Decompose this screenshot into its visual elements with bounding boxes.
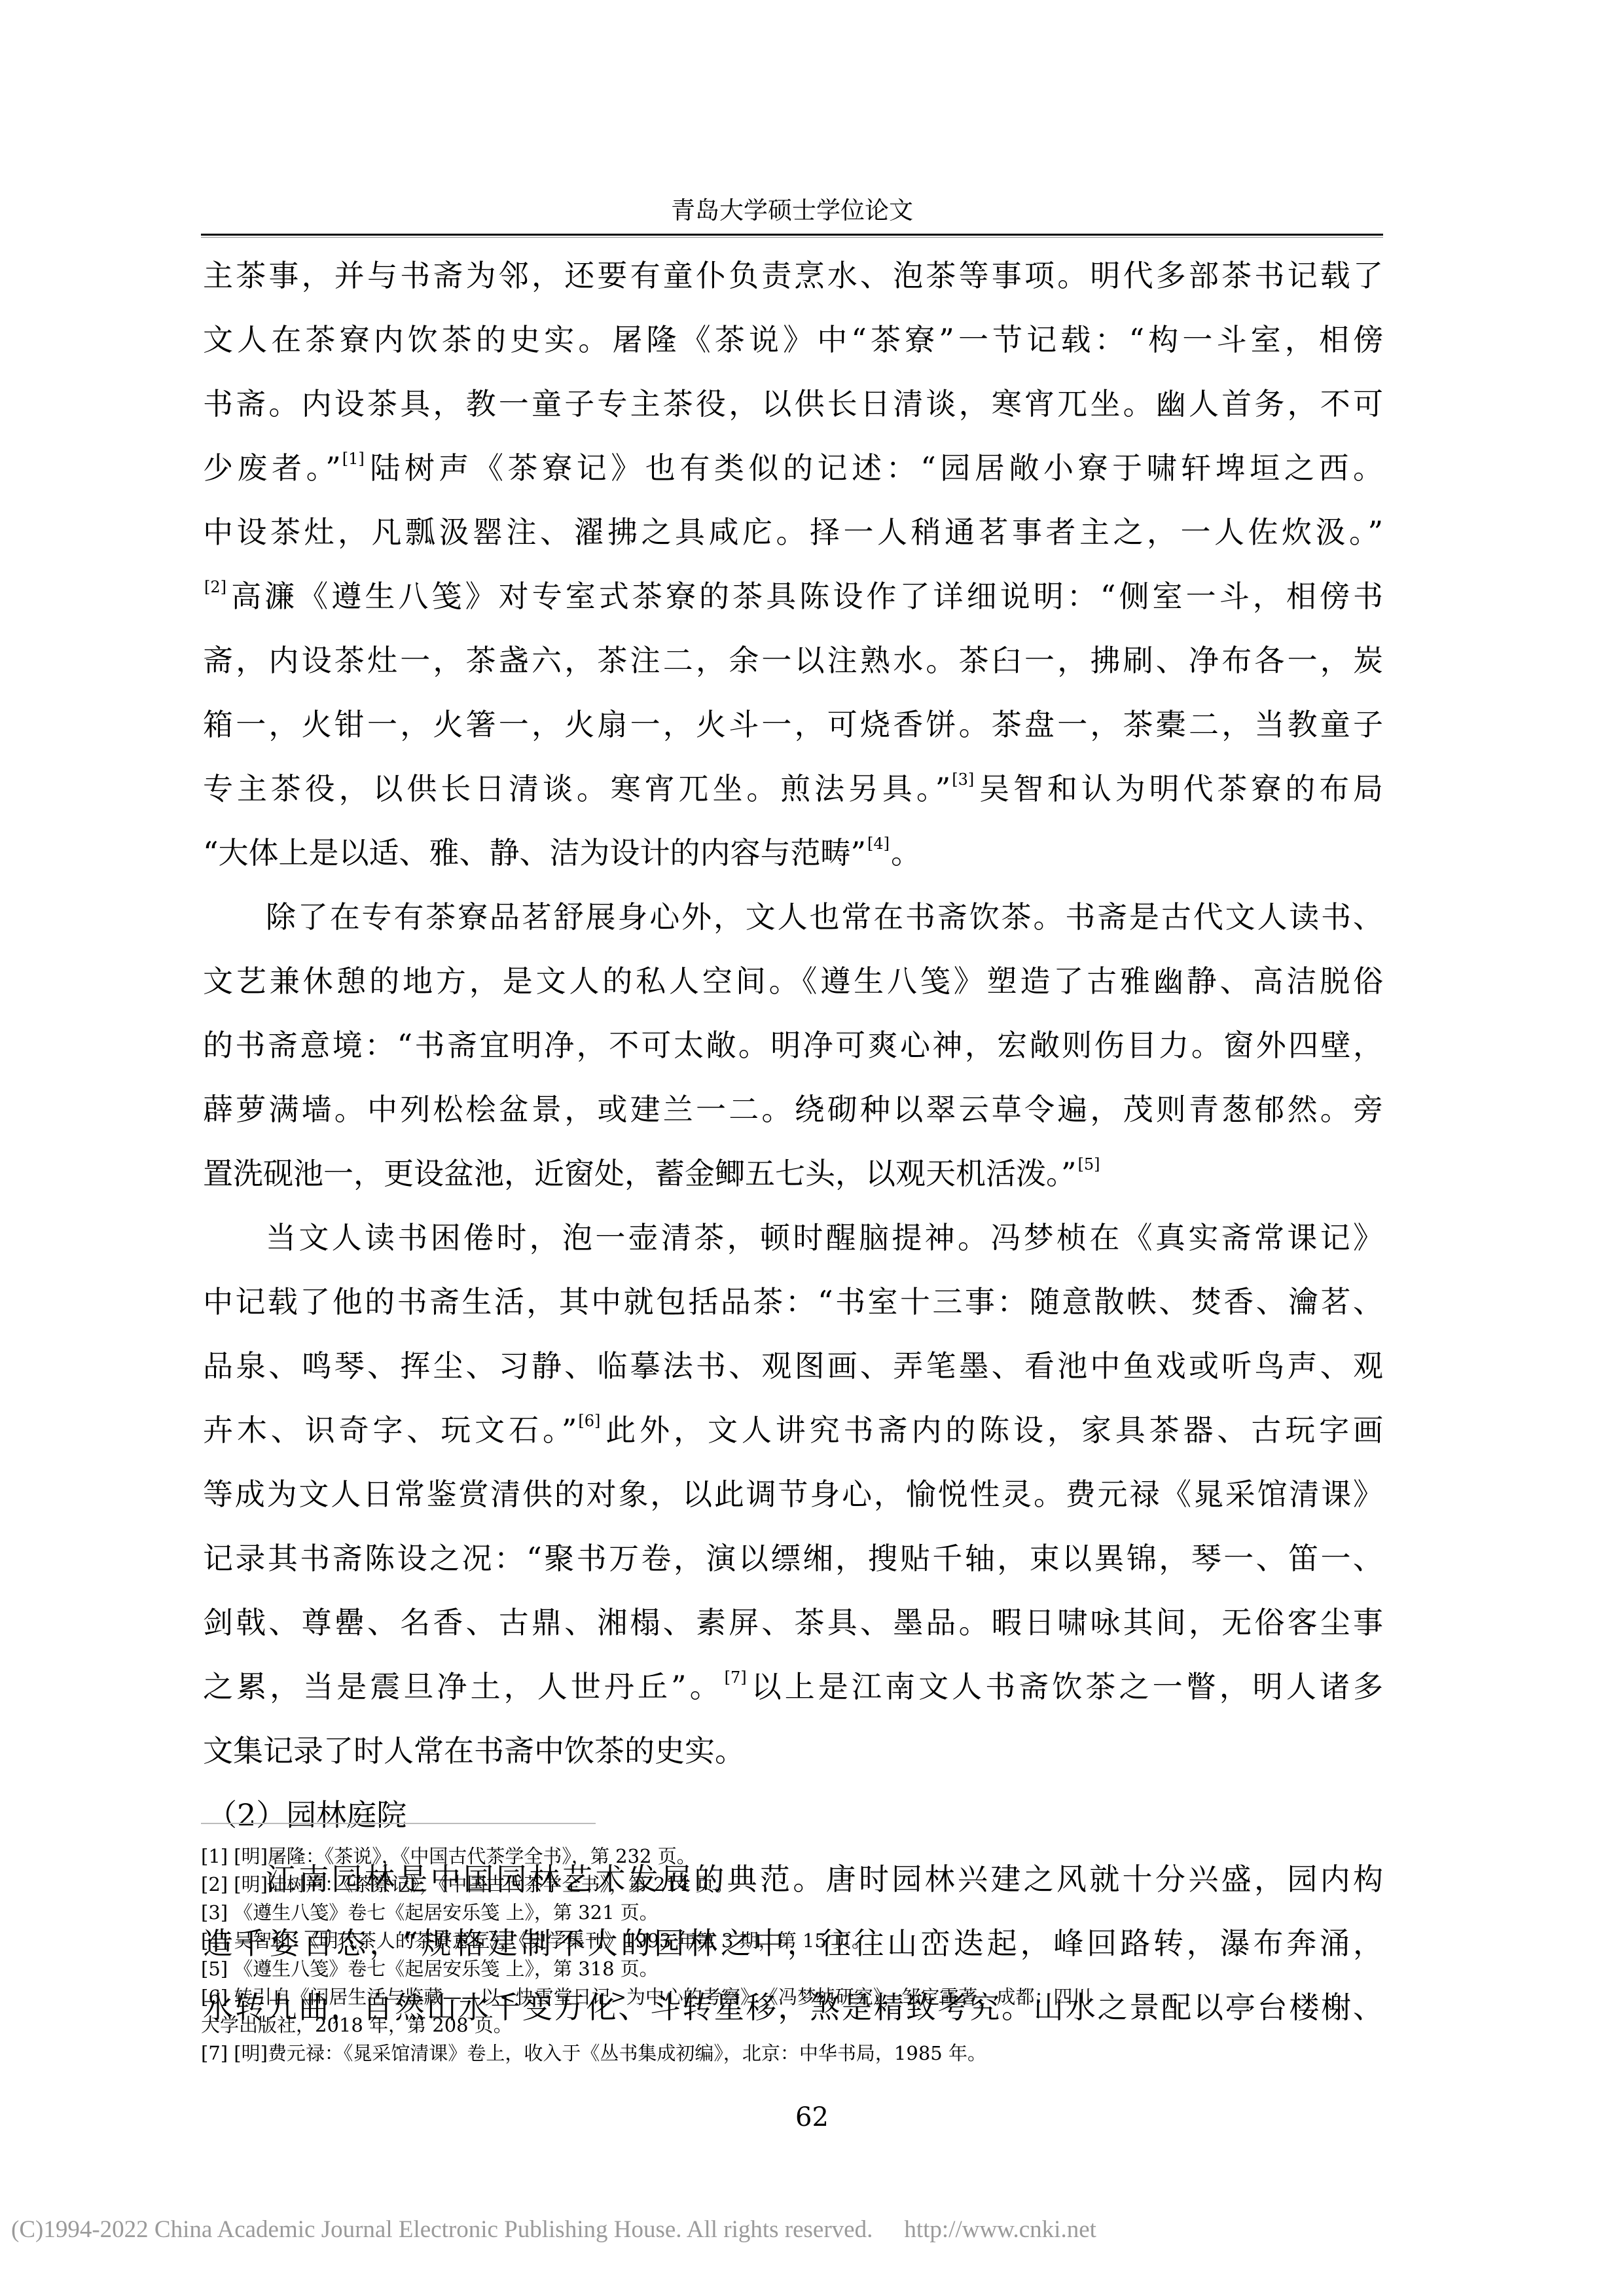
line-text: 专主茶役，以供长日清谈。寒宵兀坐。煎法另具。” (203, 771, 950, 806)
document-page: 青岛大学硕士学位论文 主茶事，并与书斋为邻，还要有童仆负责烹水、泡茶等事项。明代… (0, 0, 1624, 2296)
body-line: 置洗砚池一，更设盆池，近窗处，蓄金鲫五七头，以观天机活泼。”[5] (203, 1141, 1383, 1206)
line-text: 卉木、识奇字、玩文石。” (203, 1412, 577, 1448)
footnote-item: [5] 《遵生八笺》卷七《起居安乐笺 上》，第 318 页。 (201, 1955, 1383, 1983)
copyright-text: (C)1994-2022 China Academic Journal Elec… (11, 2216, 873, 2243)
body-line: 文集记录了时人常在书斋中饮茶的史实。 (203, 1719, 1383, 1783)
footnote-item: [2] [明]陆树声：《茶寮记》，《中国古代茶学全书》，第 214 页。 (201, 1871, 1383, 1899)
footnote-reference[interactable]: [5] (1078, 1155, 1100, 1174)
line-text: 此外，文人讲究书斋内的陈设，家具茶器、古玩字画 (602, 1412, 1383, 1448)
body-line: 薜萝满墙。中列松桧盆景，或建兰一二。绕砌种以翠云草令遍，茂则青葱郁然。旁 (203, 1077, 1383, 1141)
section-heading: （2）园林庭院 (203, 1783, 1383, 1847)
footnote-reference[interactable]: [4] (867, 834, 890, 853)
body-line: 斋，内设茶灶一，茶盏六，茶注二，余一以注熟水。茶臼一，拂刷、净布各一，炭 (203, 628, 1383, 692)
body-line: 箱一，火钳一，火箸一，火扇一，火斗一，可烧香饼。茶盘一，茶橐二，当教童子 (203, 692, 1383, 757)
footnote-item: [4] 吴智和：《明代茶人的茶寮意匠》，《史学集刊》1993 年第 3 期，第 … (201, 1927, 1383, 1955)
footnote-item: [6] 转引自《闲居生活与鉴藏——以<快雪堂日记>为中心的考察》，《冯梦桢研究》… (201, 1983, 1383, 2011)
footnote-reference[interactable]: [1] (342, 450, 365, 468)
line-text: 置洗砚池一，更设盆池，近窗处，蓄金鲫五七头，以观天机活泼。” (203, 1156, 1077, 1191)
footnote-item: [7] [明]费元禄：《晁采馆清课》卷上，收入于《丛书集成初编》，北京：中华书局… (201, 2039, 1383, 2068)
body-line: 之累，当是震旦净土，人世丹丘”。[7]以上是江南文人书斋饮茶之一瞥，明人诸多 (203, 1655, 1383, 1719)
body-line: [2]高濂《遵生八笺》对专室式茶寮的茶具陈设作了详细说明：“侧室一斗，相傍书 (203, 564, 1383, 628)
header-rule (201, 234, 1383, 236)
body-line: 除了在专有茶寮品茗舒展身心外，文人也常在书斋饮茶。书斋是古代文人读书、 (203, 885, 1383, 949)
footnote-reference[interactable]: [2] (204, 578, 226, 596)
footnote-item: [3] 《遵生八笺》卷七《起居安乐笺 上》，第 321 页。 (201, 1899, 1383, 1927)
body-line: 中设茶灶，凡瓢汲罂注、濯拂之具咸庀。择一人稍通茗事者主之，一人佐炊汲。” (203, 500, 1383, 564)
body-line: 的书斋意境：“书斋宜明净，不可太敞。明净可爽心神，宏敞则伤目力。窗外四壁， (203, 1013, 1383, 1077)
footnote-item: 大学出版社，2018 年，第 208 页。 (201, 2011, 1383, 2039)
footnote-reference[interactable]: [7] (725, 1668, 747, 1687)
page-number: 62 (0, 2101, 1624, 2134)
footnote-reference[interactable]: [6] (578, 1412, 600, 1430)
body-line: 当文人读书困倦时，泡一壶清茶，顿时醒脑提神。冯梦桢在《真实斋常课记》 (203, 1206, 1383, 1270)
body-line: 等成为文人日常鉴赏清供的对象，以此调节身心，愉悦性灵。费元禄《晁采馆清课》 (203, 1462, 1383, 1526)
body-line: 剑戟、尊罍、名香、古鼎、湘榻、素屏、茶具、墨品。暇日啸咏其间，无俗客尘事 (203, 1590, 1383, 1655)
body-line: 中记载了他的书斋生活，其中就包括品茶：“书室十三事：随意散帙、焚香、瀹茗、 (203, 1270, 1383, 1334)
header-rule-thin (201, 237, 1383, 238)
body-line: 主茶事，并与书斋为邻，还要有童仆负责烹水、泡茶等事项。明代多部茶书记载了 (203, 243, 1383, 308)
footnotes: [1] [明]屠隆：《茶说》，《中国古代茶学全书》，第 232 页。[2] [明… (201, 1842, 1383, 2068)
body-line: 文人在茶寮内饮茶的史实。屠隆《茶说》中“茶寮”一节记载：“构一斗室，相傍 (203, 308, 1383, 372)
footnote-item: [1] [明]屠隆：《茶说》，《中国古代茶学全书》，第 232 页。 (201, 1842, 1383, 1871)
line-text: 陆树声《茶寮记》也有类似的记述：“园居敞小寮于啸轩埤垣之西。 (366, 450, 1383, 486)
line-text: 吴智和认为明代茶寮的布局 (975, 771, 1383, 806)
line-text: 少废者。” (203, 450, 341, 486)
body-line: 少废者。”[1]陆树声《茶寮记》也有类似的记述：“园居敞小寮于啸轩埤垣之西。 (203, 436, 1383, 500)
body-line: 品泉、鸣琴、挥尘、习静、临摹法书、观图画、弄笔墨、看池中鱼戏或听鸟声、观 (203, 1334, 1383, 1398)
body-line: 文艺兼休憩的地方，是文人的私人空间。《遵生八笺》塑造了古雅幽静、高洁脱俗 (203, 949, 1383, 1013)
running-header-title: 青岛大学硕士学位论文 (201, 194, 1383, 228)
footnote-reference[interactable]: [3] (952, 770, 974, 789)
body-line: 专主茶役，以供长日清谈。寒宵兀坐。煎法另具。”[3]吴智和认为明代茶寮的布局 (203, 757, 1383, 821)
body-line: 书斋。内设茶具，教一童子专主茶役，以供长日清谈，寒宵兀坐。幽人首务，不可 (203, 372, 1383, 436)
copyright-footer: (C)1994-2022 China Academic Journal Elec… (11, 2215, 1096, 2244)
footnote-separator (201, 1823, 596, 1824)
body-line: 卉木、识奇字、玩文石。”[6]此外，文人讲究书斋内的陈设，家具茶器、古玩字画 (203, 1398, 1383, 1462)
body-text: 主茶事，并与书斋为邻，还要有童仆负责烹水、泡茶等事项。明代多部茶书记载了文人在茶… (203, 243, 1383, 2039)
line-text: 高濂《遵生八笺》对专室式茶寮的茶具陈设作了详细说明：“侧室一斗，相傍书 (228, 579, 1383, 614)
line-text: 。 (891, 835, 921, 870)
body-line: “大体上是以适、雅、静、洁为设计的内容与范畴”[4]。 (203, 821, 1383, 885)
body-line: 记录其书斋陈设之况：“聚书万卷，演以缥缃，搜贴千轴，束以異锦，琴一、笛一、 (203, 1526, 1383, 1590)
cnki-link[interactable]: http://www.cnki.net (904, 2216, 1096, 2243)
line-text: 之累，当是震旦净土，人世丹丘”。 (203, 1669, 723, 1704)
line-text: “大体上是以适、雅、静、洁为设计的内容与范畴” (203, 835, 866, 870)
line-text: 以上是江南文人书斋饮茶之一瞥，明人诸多 (748, 1669, 1383, 1704)
